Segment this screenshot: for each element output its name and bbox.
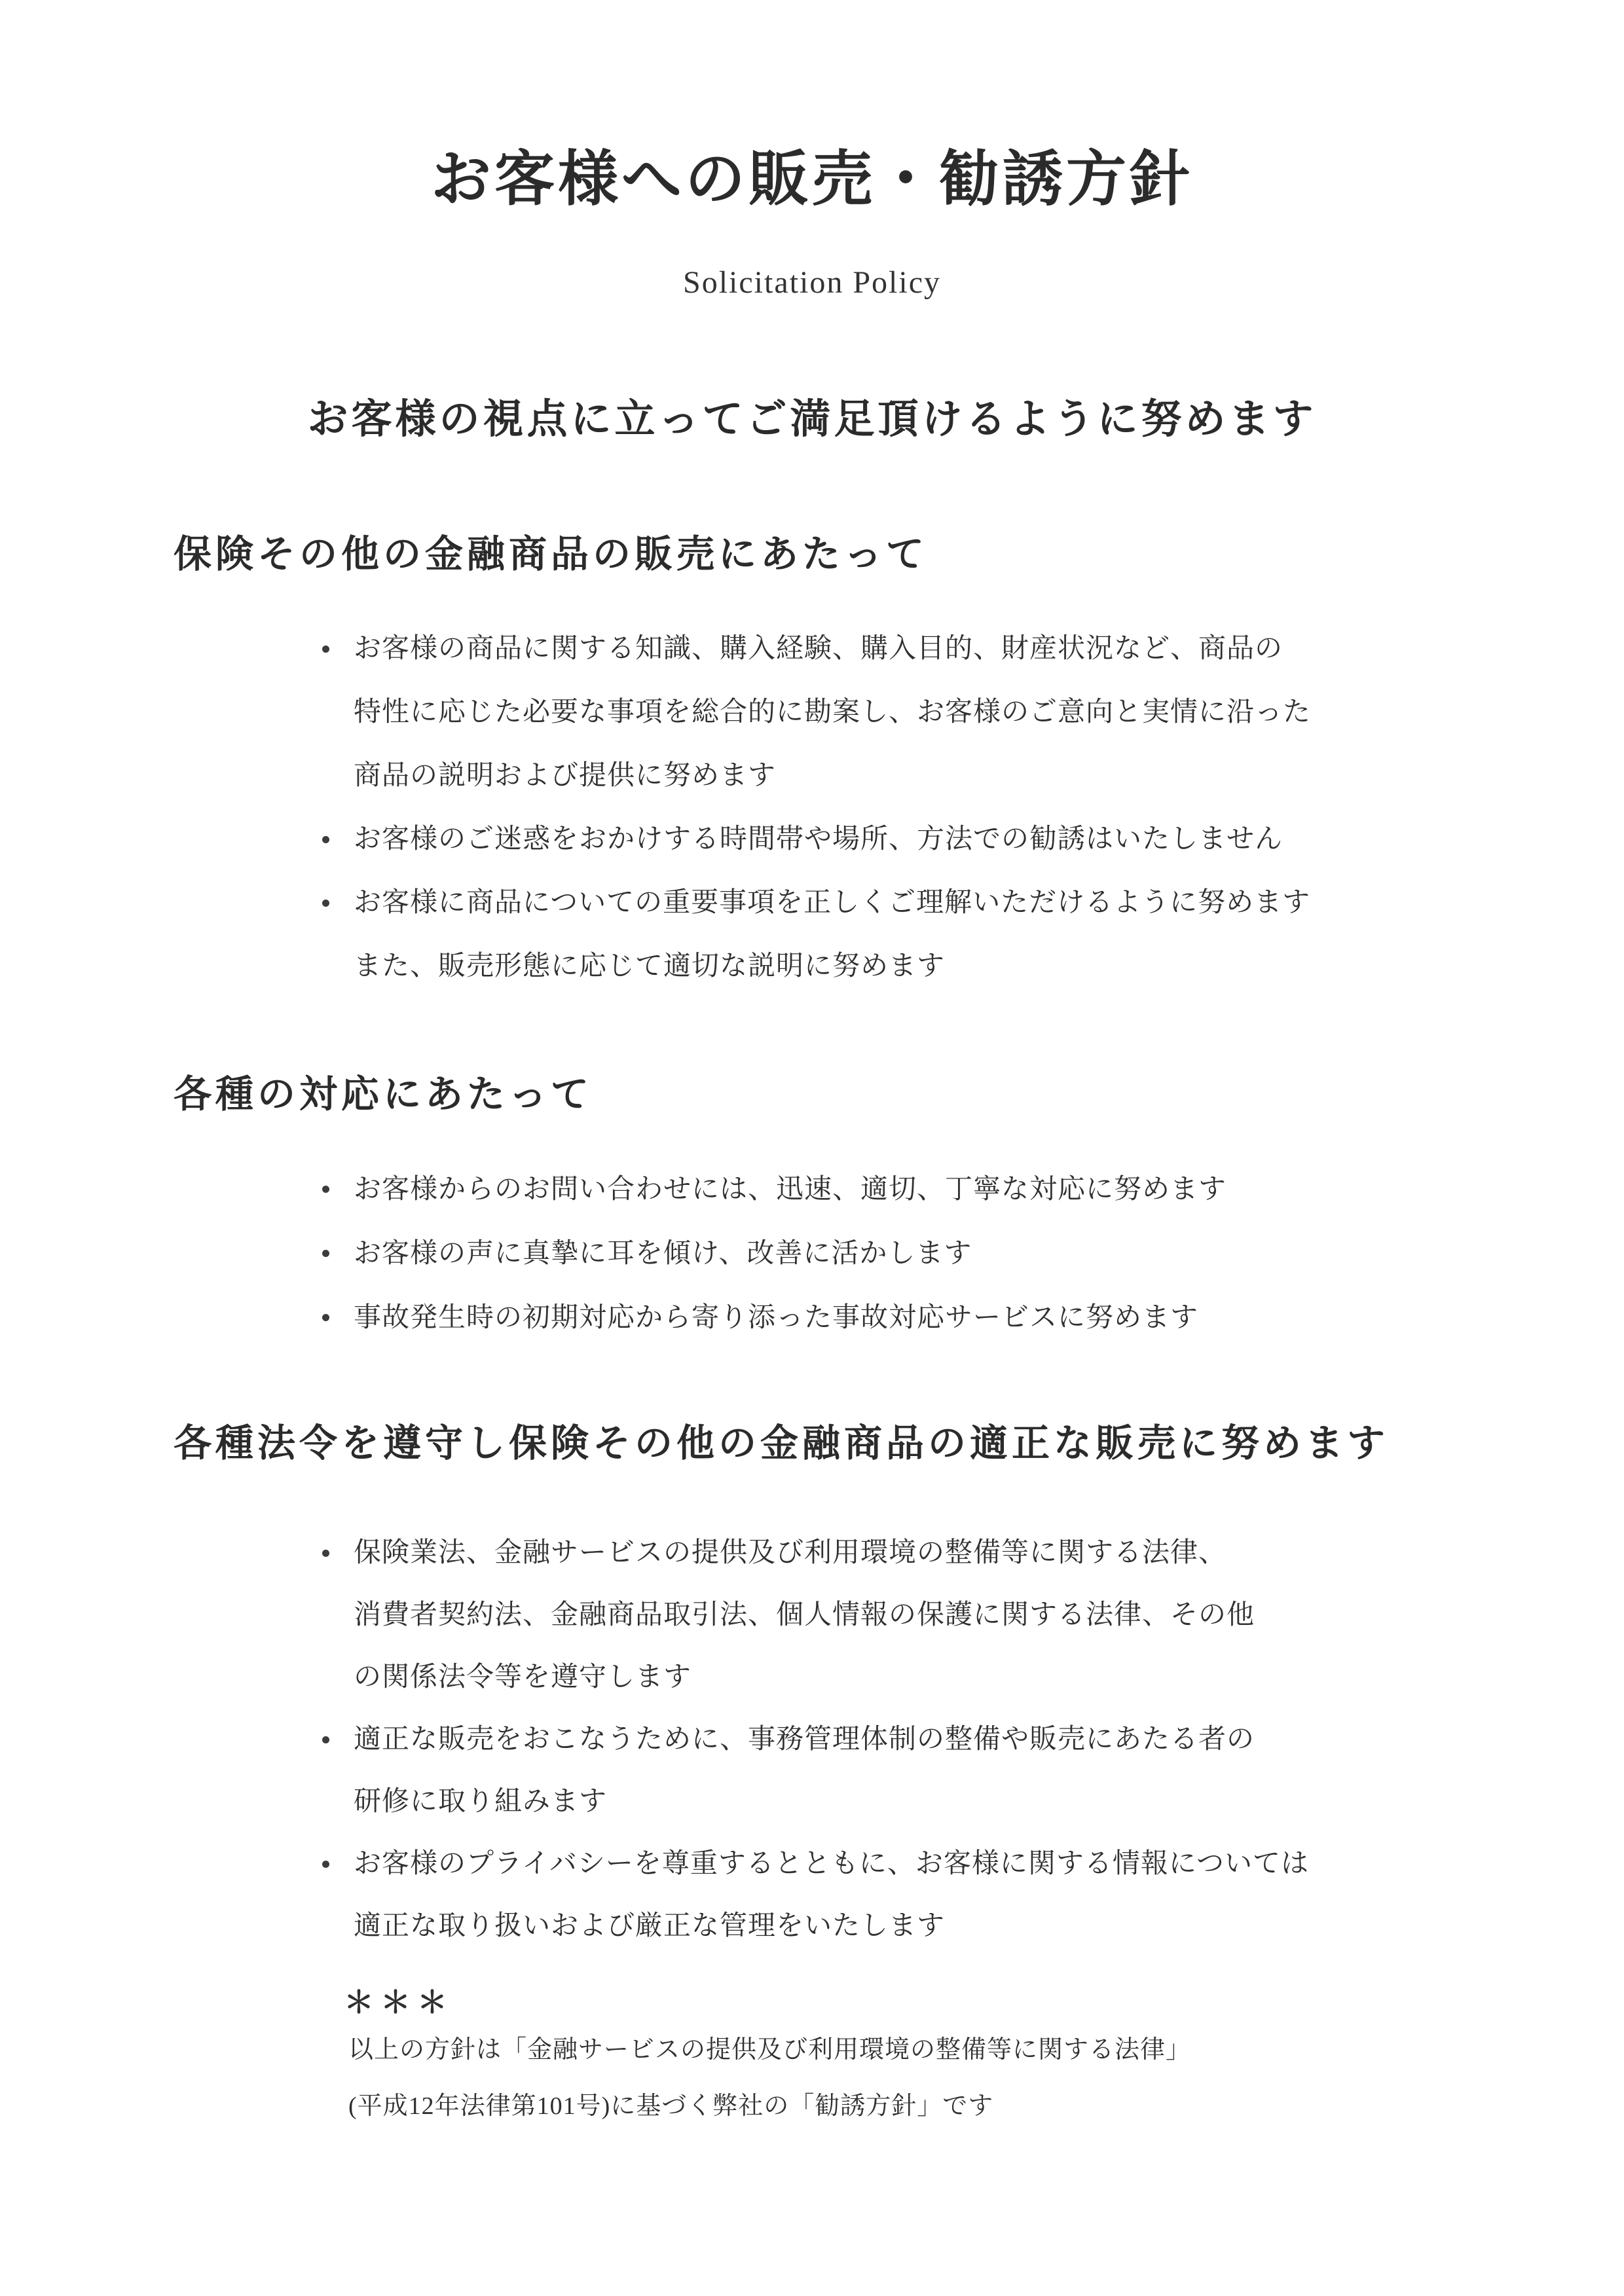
- bullet-item-line: お客様の商品に関する知識、購入経験、購入目的、財産状況など、商品の: [0, 617, 1624, 681]
- bullet-item-line: 適正な取り扱いおよび厳正な管理をいたします: [0, 1895, 1624, 1958]
- bullet-item-line: お客様のご迷惑をおかけする時間帯や場所、方法での勧誘はいたしません: [0, 808, 1624, 871]
- document-subtitle: Solicitation Policy: [0, 267, 1624, 299]
- bullet-item-line: の関係法令等を遵守します: [0, 1647, 1624, 1709]
- section-heading-compliance: 各種法令を遵守し保険その他の金融商品の適正な販売に努めます: [174, 1425, 1389, 1463]
- policy-line: お客様のご迷惑をおかけする時間帯や場所、方法での勧誘はいたしません: [354, 824, 1283, 854]
- bullet-dot: [322, 646, 329, 653]
- policy-line: また、販売形態に応じて適切な説明に努めます: [354, 951, 945, 981]
- bullet-dot: [322, 1314, 329, 1321]
- policy-line: 適正な取り扱いおよび厳正な管理をいたします: [354, 1911, 945, 1941]
- bullet-item-line: お客様の声に真摯に耳を傾け、改善に活かします: [0, 1222, 1624, 1286]
- footer-separator: ＊＊＊: [344, 1988, 454, 2018]
- section-bullets-response: お客様からのお問い合わせには、迅速、適切、丁寧な対応に努めます お客様の声に真摯…: [0, 1157, 1624, 1350]
- policy-line: お客様の商品に関する知識、購入経験、購入目的、財産状況など、商品の: [354, 634, 1283, 664]
- policy-line: 保険業法、金融サービスの提供及び利用環境の整備等に関する法律、: [354, 1538, 1227, 1568]
- bullet-item-line: また、販売形態に応じて適切な説明に努めます: [0, 935, 1624, 998]
- document-tagline: お客様の視点に立ってご満足頂けるように努めます: [0, 399, 1624, 440]
- bullet-dot: [322, 900, 329, 907]
- bullet-item-line: 商品の説明および提供に努めます: [0, 744, 1624, 808]
- policy-line: お客様の声に真摯に耳を傾け、改善に活かします: [354, 1239, 972, 1269]
- bullet-dot: [322, 1186, 329, 1193]
- policy-line: 適正な販売をおこなうために、事務管理体制の整備や販売にあたる者の: [354, 1724, 1255, 1755]
- section-bullets-compliance: 保険業法、金融サービスの提供及び利用環境の整備等に関する法律、 消費者契約法、金…: [0, 1522, 1624, 1958]
- policy-line: 商品の説明および提供に努めます: [354, 761, 776, 791]
- bullet-item-line: 事故発生時の初期対応から寄り添った事故対応サービスに努めます: [0, 1286, 1624, 1350]
- policy-line: お客様のプライバシーを尊重するとともに、お客様に関する情報については: [354, 1849, 1309, 1879]
- section-bullets-sales: お客様の商品に関する知識、購入経験、購入目的、財産状況など、商品の 特性に応じた…: [0, 617, 1624, 998]
- policy-line: 特性に応じた必要な事項を総合的に勘案し、お客様のご意向と実情に沿った: [354, 697, 1311, 727]
- footer-note-line: 以上の方針は「金融サービスの提供及び利用環境の整備等に関する法律」: [348, 2037, 1191, 2062]
- bullet-item-line: 研修に取り組みます: [0, 1771, 1624, 1833]
- policy-line: の関係法令等を遵守します: [354, 1662, 692, 1692]
- section-heading-response: 各種の対応にあたって: [174, 1076, 593, 1114]
- bullet-item-line: お客様からのお問い合わせには、迅速、適切、丁寧な対応に努めます: [0, 1157, 1624, 1222]
- bullet-dot: [322, 836, 329, 843]
- bullet-dot: [322, 1861, 329, 1868]
- policy-line: 研修に取り組みます: [354, 1787, 607, 1817]
- policy-line: お客様に商品についての重要事項を正しくご理解いただけるように努めます: [354, 888, 1310, 918]
- document-page: お客様への販売・勧誘方針 Solicitation Policy お客様の視点に…: [0, 0, 1624, 2296]
- bullet-dot: [322, 1736, 329, 1743]
- bullet-item-line: お客様のプライバシーを尊重するとともに、お客様に関する情報については: [0, 1833, 1624, 1895]
- bullet-item-line: 特性に応じた必要な事項を総合的に勘案し、お客様のご意向と実情に沿った: [0, 681, 1624, 744]
- footer-note-line: (平成12年法律第101号)に基づく弊社の「勧誘方針」です: [348, 2094, 993, 2119]
- bullet-dot: [322, 1550, 329, 1557]
- document-title: お客様への販売・勧誘方針: [0, 149, 1624, 210]
- section-heading-sales: 保険その他の金融商品の販売にあたって: [174, 536, 928, 574]
- bullet-item-line: 保険業法、金融サービスの提供及び利用環境の整備等に関する法律、: [0, 1522, 1624, 1584]
- bullet-item-line: 消費者契約法、金融商品取引法、個人情報の保護に関する法律、その他: [0, 1584, 1624, 1647]
- bullet-dot: [322, 1250, 329, 1257]
- policy-line: 事故発生時の初期対応から寄り添った事故対応サービスに努めます: [354, 1303, 1198, 1333]
- bullet-item-line: 適正な販売をおこなうために、事務管理体制の整備や販売にあたる者の: [0, 1709, 1624, 1771]
- policy-line: 消費者契約法、金融商品取引法、個人情報の保護に関する法律、その他: [354, 1600, 1255, 1630]
- bullet-item-line: お客様に商品についての重要事項を正しくご理解いただけるように努めます: [0, 871, 1624, 935]
- policy-line: お客様からのお問い合わせには、迅速、適切、丁寧な対応に努めます: [354, 1175, 1227, 1205]
